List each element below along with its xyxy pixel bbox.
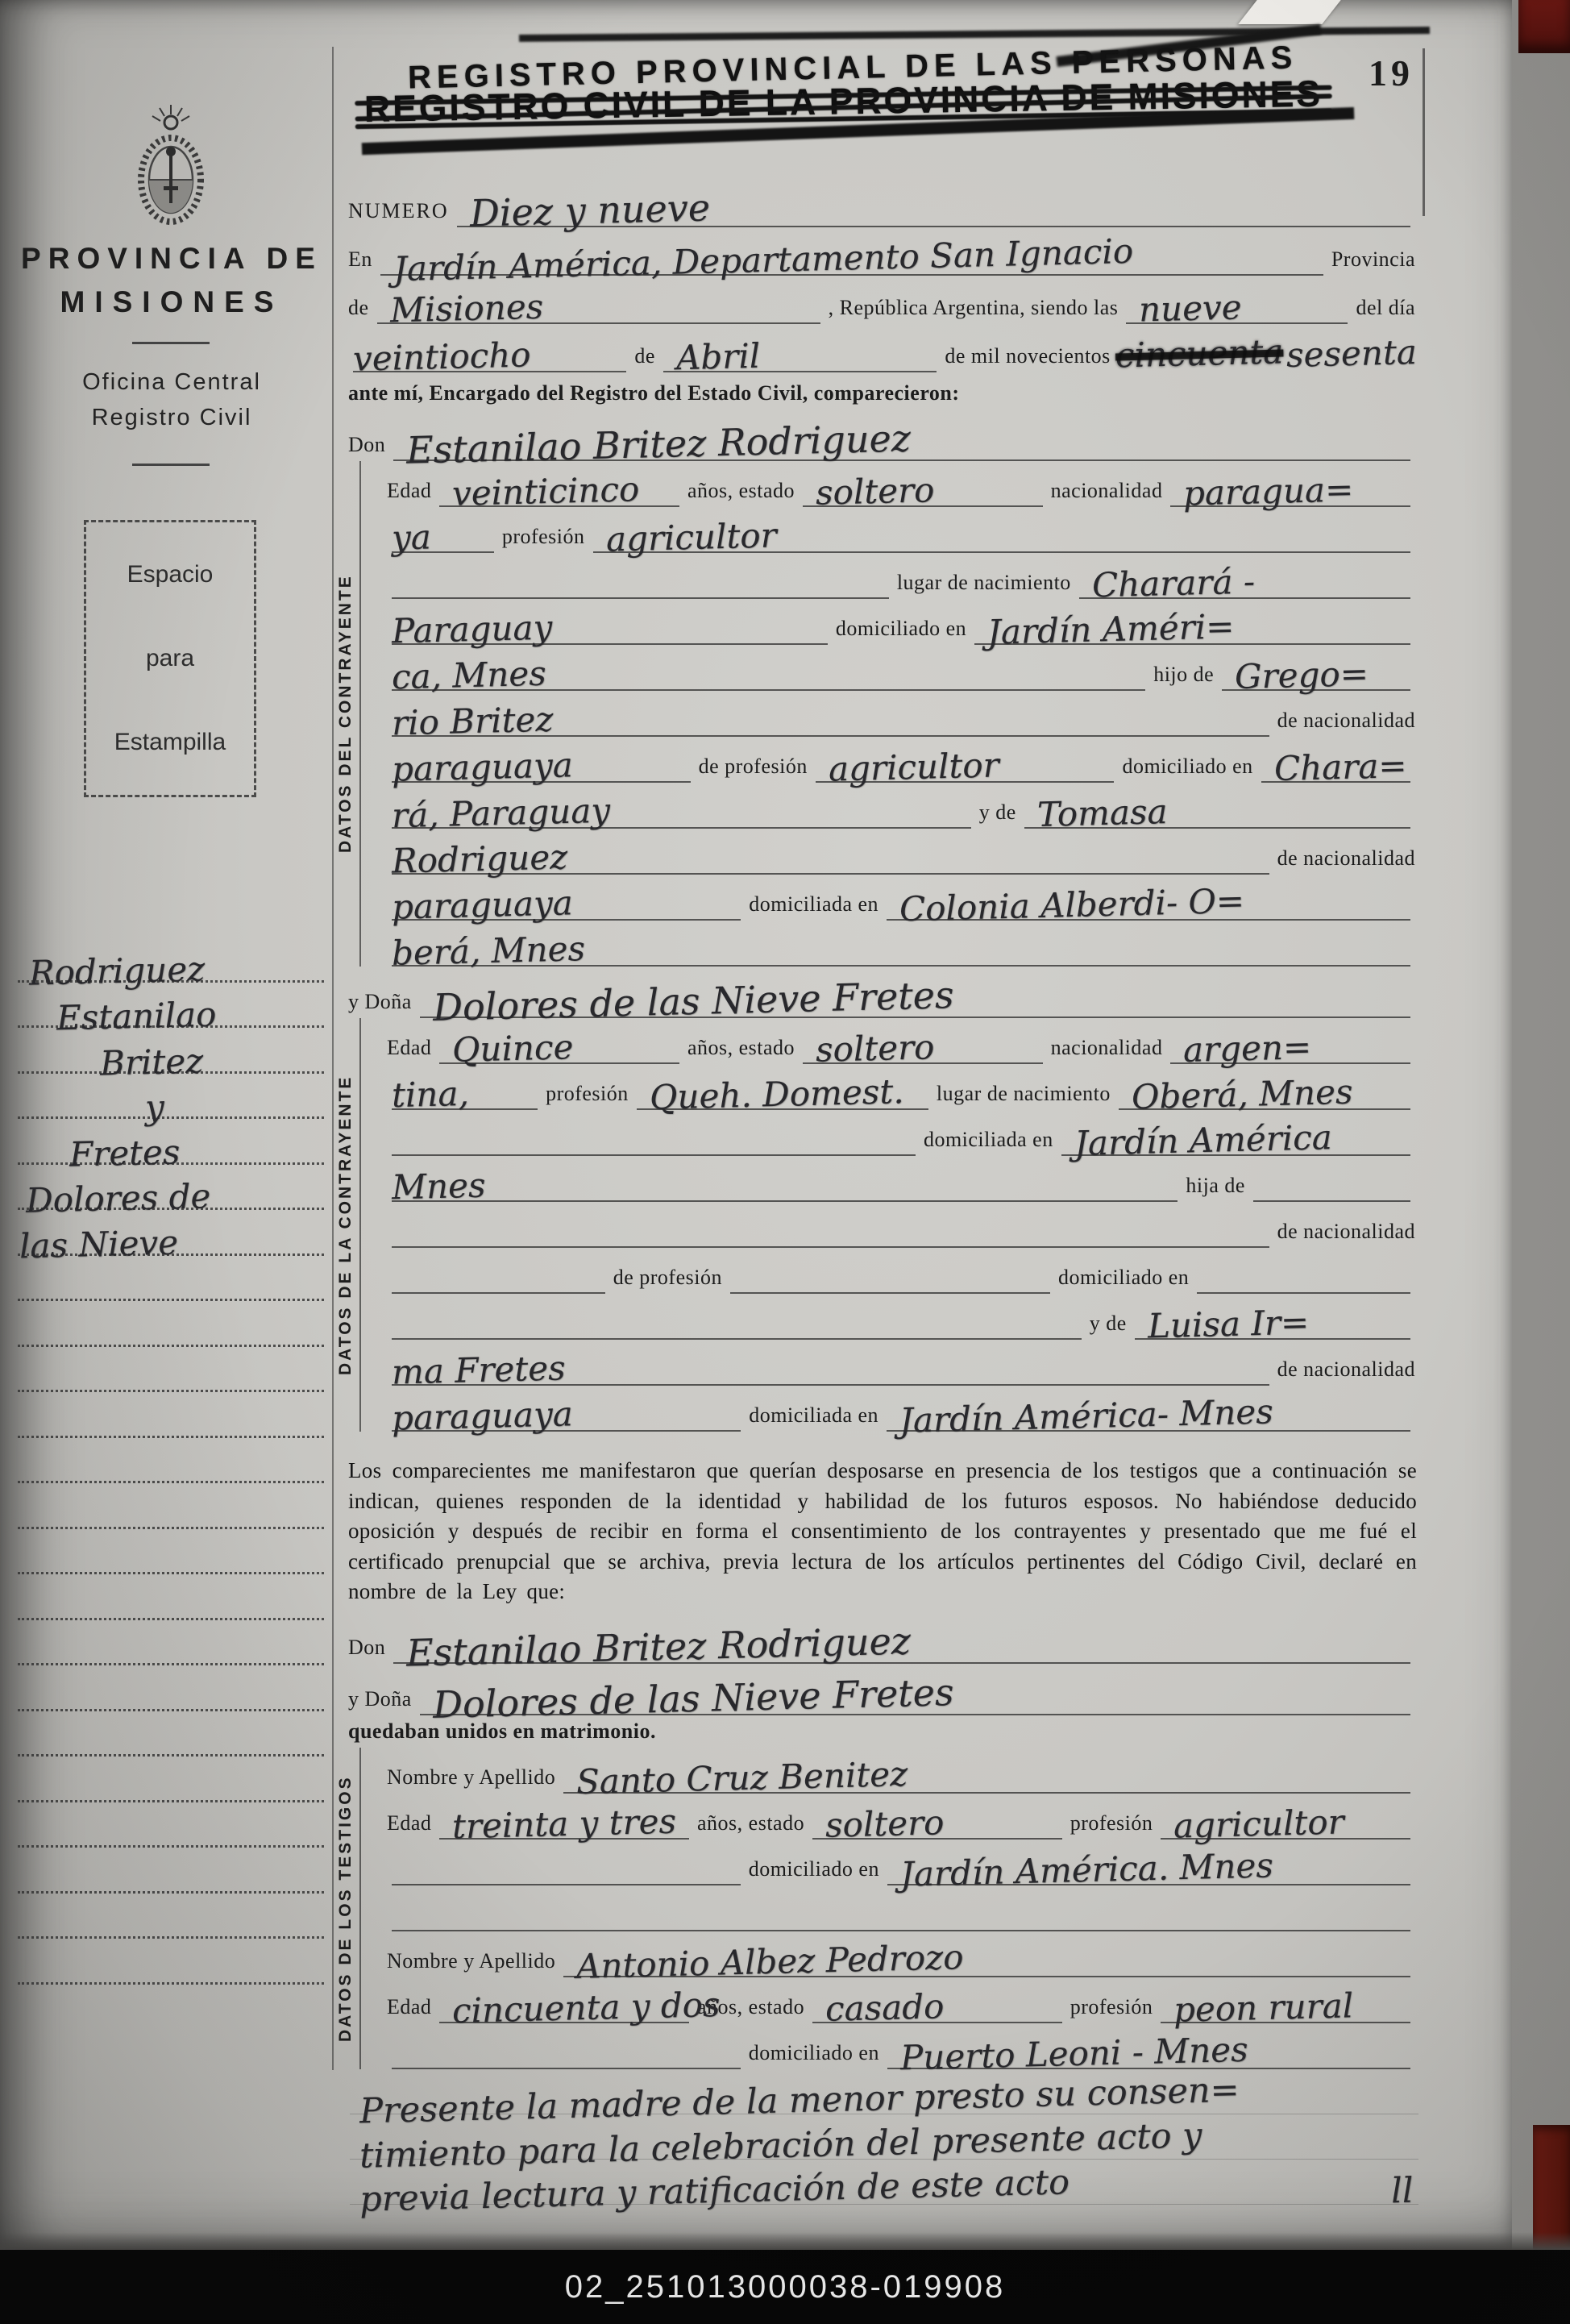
field-label: Nombre y Apellido — [385, 1949, 557, 1977]
form-row: ca, Mnes hijo de Grego= — [372, 645, 1427, 691]
margin-ruled-line — [18, 1711, 324, 1757]
field-rule: paragua= — [1170, 497, 1410, 507]
birthplace-entry: Charará - — [1091, 565, 1255, 603]
profession-entry: agricultor — [605, 518, 777, 556]
field-rule: ya — [392, 543, 494, 553]
margin-ruled-line — [18, 1848, 324, 1894]
office-title: Oficina Central Registro Civil — [11, 364, 332, 435]
field-label: años, estado — [686, 479, 796, 507]
continuation-entry: rá, Paraguay — [392, 794, 611, 834]
note-line: Presente la madre de la menor presto su … — [350, 2069, 1418, 2114]
field-label: ante mí, Encargado del Registro del Esta… — [347, 381, 962, 410]
document-page: PROVINCIA DE MISIONES Oficina Central Re… — [0, 0, 1512, 2251]
groom-section-side-label: DATOS DEL CONTRAYENTE — [334, 466, 358, 962]
field-rule: agricultor — [1161, 1830, 1410, 1840]
birthplace-entry: Oberá, Mnes — [1131, 1075, 1352, 1115]
margin-index-row: Estanilao — [18, 983, 324, 1029]
field-rule: rio Britez — [392, 727, 1269, 737]
field-rule: Tomasa — [1024, 819, 1410, 829]
form-row: berá, Mnes — [372, 921, 1427, 967]
continuation-entry: tina, — [392, 1077, 470, 1112]
mother-nationality-entry: paraguaya — [392, 1397, 574, 1435]
closing-row: quedaban unidos en matrimonio. — [334, 1715, 1427, 1748]
field-rule — [392, 1238, 1269, 1248]
continuation-entry: ma Fretes — [392, 1351, 567, 1389]
field-rule: Luisa Ir= — [1135, 1330, 1410, 1340]
coat-of-arms-icon — [126, 103, 216, 239]
margin-ruled-line — [18, 1529, 324, 1575]
field-label: profesión — [1069, 1811, 1155, 1840]
field-rule: Diez y nueve — [457, 218, 1410, 227]
field-label: nacionalidad — [1049, 1036, 1165, 1064]
red-tab-top — [1518, 0, 1570, 53]
struck-year-entry: cincuenta — [1115, 335, 1283, 372]
field-rule: soltero — [812, 1830, 1062, 1840]
form-row: lugar de nacimiento Charará - — [372, 553, 1427, 599]
field-label: domiciliado en — [747, 2041, 881, 2069]
form-row: ya profesión agricultor — [372, 507, 1427, 553]
field-label: y de — [978, 800, 1018, 829]
field-label: y Doña — [347, 990, 413, 1018]
field-label: de nacionalidad — [1276, 1357, 1417, 1386]
profession-entry: Queh. Domest. — [649, 1075, 903, 1115]
witnesses-section: DATOS DE LOS TESTIGOS Nombre y Apellido … — [359, 1748, 1427, 2069]
field-rule: Jardín Améri= — [974, 635, 1410, 645]
province-title-line1: PROVINCIA DE — [11, 242, 332, 276]
field-rule: Dolores de las Nieve Fretes — [420, 1008, 1410, 1018]
mother-entry: Luisa Ir= — [1147, 1306, 1309, 1344]
bride-section: DATOS DE LA CONTRAYENTE Edad Quince años… — [359, 1018, 1427, 1432]
form-row: de profesión domiciliado en — [372, 1248, 1427, 1294]
form-row: Rodriguez de nacionalidad — [372, 829, 1427, 875]
field-label: hijo de — [1152, 663, 1215, 691]
field-rule: paraguaya — [392, 773, 691, 783]
field-rule: Grego= — [1222, 681, 1410, 691]
field-label: hija de — [1184, 1174, 1247, 1202]
field-rule: argen= — [1170, 1054, 1410, 1064]
margin-ruled-line — [18, 1301, 324, 1347]
field-label: Provincia — [1330, 247, 1417, 276]
status-entry: soltero — [816, 473, 935, 510]
margin-ruled-line — [18, 1939, 324, 1985]
registry-form: REGISTRO PROVINCIAL DE LAS PERSONAS REGI… — [334, 29, 1427, 2205]
groom-section: DATOS DEL CONTRAYENTE Edad veinticinco a… — [359, 461, 1427, 967]
profession-entry: peon rural — [1173, 1989, 1354, 2027]
handwritten-entry: previa lectura y ratificación de este ac… — [359, 2165, 1070, 2218]
age-entry: cincuenta y dos — [452, 1987, 721, 2027]
sidebar-divider — [132, 464, 210, 466]
province-entry: Misiones — [389, 290, 543, 328]
field-rule: Quince — [439, 1054, 679, 1064]
field-rule: cincuenta y dos — [439, 2014, 689, 2023]
field-rule: Puerto Leoni - Mnes — [887, 2060, 1410, 2069]
office-line2: Registro Civil — [11, 400, 332, 435]
margin-ruled-line — [18, 1757, 324, 1802]
stamp-box-line3: Estampilla — [93, 729, 247, 756]
sidebar: PROVINCIA DE MISIONES Oficina Central Re… — [11, 0, 332, 2249]
field-rule — [1197, 1284, 1410, 1294]
form-row: Edad cincuenta y dos años, estado casado… — [372, 1977, 1427, 2023]
field-rule: soltero — [803, 497, 1043, 507]
field-label: , República Argentina, siendo las — [827, 296, 1120, 324]
form-row — [372, 1885, 1427, 1931]
profession-entry: agricultor — [1173, 1805, 1345, 1843]
field-rule: Mnes — [392, 1192, 1177, 1202]
form-row: Edad veinticinco años, estado soltero na… — [372, 461, 1427, 507]
field-label: lugar de nacimiento — [895, 571, 1073, 599]
status-entry: soltero — [816, 1030, 935, 1067]
closing-statement: quedaban unidos en matrimonio. — [347, 1719, 658, 1748]
margin-ruled-line — [18, 1483, 324, 1529]
note-line: timiento para la celebración del present… — [350, 2114, 1418, 2160]
stamp-box-line2: para — [93, 645, 247, 672]
witnesses-section-side-label: DATOS DE LOS TESTIGOS — [334, 1752, 358, 2064]
field-rule: Dolores de las Nieve Fretes — [420, 1706, 1410, 1715]
province-title: PROVINCIA DE MISIONES — [11, 242, 332, 319]
field-rule — [392, 2060, 741, 2069]
field-rule: veintiocho — [353, 363, 626, 372]
field-label: de nacionalidad — [1276, 709, 1417, 737]
field-rule: ca, Mnes — [392, 681, 1145, 691]
field-label: lugar de nacimiento — [935, 1082, 1112, 1110]
form-row: Mnes hija de — [372, 1156, 1427, 1202]
form-row: de nacionalidad — [372, 1202, 1427, 1248]
form-row: ma Fretes de nacionalidad — [372, 1340, 1427, 1386]
father-nationality-entry: paraguaya — [392, 748, 574, 786]
residence-entry: Jardín América — [1074, 1120, 1332, 1161]
field-label: de mil novecientos — [943, 344, 1111, 372]
continuation-entry: Mnes — [392, 1169, 486, 1205]
field-rule — [1253, 1192, 1410, 1202]
field-rule: nueve — [1126, 314, 1348, 324]
groom-name-row: Don Estanilao Britez Rodriguez — [334, 410, 1427, 461]
field-rule — [730, 1284, 1050, 1294]
father-profession-entry: agricultor — [828, 748, 999, 786]
form-row: paraguaya domiciliada en Colonia Alberdi… — [372, 875, 1427, 921]
field-label: En — [347, 247, 374, 276]
field-label: profesión — [1069, 1995, 1155, 2023]
form-header: REGISTRO PROVINCIAL DE LAS PERSONAS REGI… — [334, 29, 1427, 176]
field-label: domiciliada en — [747, 892, 880, 921]
consent-note: Presente la madre de la menor presto su … — [334, 2069, 1427, 2205]
field-rule: rá, Paraguay — [392, 819, 971, 829]
mother-residence-entry: Jardín América- Mnes — [899, 1395, 1274, 1437]
mother-nationality-entry: paraguaya — [392, 886, 574, 924]
form-row: veintiocho de Abril de mil novecientos c… — [334, 324, 1427, 372]
field-label: domiciliado en — [834, 617, 968, 645]
field-rule: soltero — [803, 1054, 1043, 1064]
field-label: años, estado — [696, 1811, 806, 1840]
field-label: domiciliado en — [1120, 755, 1254, 783]
field-rule — [392, 1330, 1082, 1340]
form-row: rá, Paraguay y de Tomasa — [372, 783, 1427, 829]
bride-name-row: y Doña Dolores de las Nieve Fretes — [334, 967, 1427, 1018]
field-rule — [392, 1284, 605, 1294]
status-entry: soltero — [825, 1806, 945, 1843]
margin-ruled-line — [18, 1438, 324, 1484]
mother-entry: Tomasa — [1036, 795, 1167, 832]
field-rule — [392, 1876, 741, 1885]
field-rule: Jardín América, Departamento San Ignacio — [380, 266, 1323, 276]
field-rule: agricultor — [593, 543, 1410, 553]
margin-ruled-line — [18, 1665, 324, 1711]
field-label: del día — [1354, 296, 1417, 324]
field-label: y de — [1088, 1312, 1128, 1340]
province-title-line2: MISIONES — [11, 285, 332, 319]
field-rule: Paraguay — [392, 635, 828, 645]
residence-entry: Jardín Améri= — [987, 609, 1235, 649]
field-label: de — [633, 344, 657, 372]
sidebar-divider — [132, 342, 210, 344]
field-rule: Jardín América- Mnes — [887, 1422, 1410, 1432]
margin-ruled-line — [18, 1256, 324, 1302]
form-row: tina, profesión Queh. Domest. lugar de n… — [372, 1064, 1427, 1110]
field-label: años, estado — [686, 1036, 796, 1064]
form-row: domiciliado en Jardín América. Mnes — [372, 1840, 1427, 1885]
field-label: Edad — [385, 479, 433, 507]
field-rule — [392, 589, 889, 599]
form-row: Paraguay domiciliado en Jardín Améri= — [372, 599, 1427, 645]
field-rule: Estanilao Britez Rodriguez — [393, 451, 1410, 461]
field-rule: treinta y tres — [439, 1830, 689, 1840]
margin-index-row: y — [18, 1074, 324, 1120]
field-label: Edad — [385, 1811, 433, 1840]
field-rule — [392, 1146, 916, 1156]
stamp-box-line1: Espacio — [93, 561, 247, 588]
field-rule: ma Fretes — [392, 1376, 1269, 1386]
footer-bar: 02_251013000038-019908 — [0, 2250, 1570, 2324]
margin-ruled-line — [18, 1894, 324, 1939]
margin-index-row: Britez — [18, 1028, 324, 1074]
field-rule: Estanilao Britez Rodriguez — [393, 1654, 1410, 1664]
margin-index-row: Dolores de — [18, 1165, 324, 1211]
numero-row: NUMERO Diez y nueve — [334, 176, 1427, 227]
form-row: Edad treinta y tres años, estado soltero… — [372, 1794, 1427, 1840]
field-rule: agricultor — [816, 773, 1115, 783]
margin-ruled-line — [18, 1620, 324, 1666]
nationality-entry: paragua= — [1183, 472, 1354, 510]
margin-index-row: Fretes — [18, 1119, 324, 1165]
vow-groom-row: Don Estanilao Britez Rodriguez — [334, 1612, 1427, 1664]
field-rule: Rodriguez — [392, 865, 1269, 875]
form-row: rio Britez de nacionalidad — [372, 691, 1427, 737]
continuation-entry: Paraguay — [392, 611, 553, 649]
margin-index: Rodriguez Estanilao Britez y Fretes Dolo… — [18, 937, 324, 1985]
field-label: profesión — [500, 525, 587, 553]
day-entry: veintiocho — [353, 338, 531, 376]
field-rule: tina, — [392, 1100, 538, 1110]
page-number: 19 — [1369, 52, 1414, 94]
handwritten-mark: ll — [1391, 2173, 1414, 2209]
form-row: ante mí, Encargado del Registro del Esta… — [334, 372, 1427, 410]
year-entry: sesenta — [1286, 335, 1418, 372]
field-label: domiciliada en — [922, 1128, 1055, 1156]
father-entry: Grego= — [1235, 657, 1369, 694]
field-label: domiciliado en — [1057, 1266, 1190, 1294]
bride-section-side-label: DATOS DE LA CONTRAYENTE — [334, 1023, 358, 1427]
hour-entry: nueve — [1139, 290, 1243, 326]
field-rule: casado — [812, 2014, 1062, 2023]
field-rule: Antonio Albez Pedrozo — [563, 1968, 1410, 1977]
field-label: Nombre y Apellido — [385, 1765, 557, 1794]
form-row: paraguaya de profesión agricultor domici… — [372, 737, 1427, 783]
form-row: y de Luisa Ir= — [372, 1294, 1427, 1340]
month-entry: Abril — [675, 339, 760, 376]
field-rule: Charará - — [1079, 589, 1410, 599]
continuation-entry: berá, Mnes — [392, 932, 586, 971]
field-label: domiciliado en — [747, 1857, 881, 1885]
age-entry: veinticinco — [452, 472, 640, 511]
continuation-entry: rio Britez — [392, 703, 554, 741]
field-rule: paraguaya — [392, 1422, 741, 1432]
field-rule: Oberá, Mnes — [1119, 1100, 1410, 1110]
field-label: profesión — [544, 1082, 630, 1110]
declaration-paragraph: Los comparecientes me manifestaron que q… — [348, 1456, 1417, 1607]
field-rule: Chara= — [1261, 773, 1410, 783]
field-rule: veinticinco — [439, 497, 679, 507]
form-row: Nombre y Apellido Santo Cruz Benitez — [372, 1748, 1427, 1794]
form-row: domiciliada en Jardín América — [372, 1110, 1427, 1156]
continuation-entry: ca, Mnes — [392, 657, 547, 695]
form-row: de Misiones , República Argentina, siend… — [334, 276, 1427, 324]
field-rule: paraguaya — [392, 911, 741, 921]
stamp-space-box: Espacio para Estampilla — [84, 520, 256, 797]
status-entry: casado — [825, 1989, 945, 2027]
vow-bride-row: y Doña Dolores de las Nieve Fretes — [334, 1664, 1427, 1715]
age-entry: Quince — [452, 1030, 574, 1067]
field-label: Don — [347, 433, 387, 461]
field-label: Edad — [385, 1995, 433, 2023]
page-bottom-shadow — [0, 2232, 1570, 2250]
office-line1: Oficina Central — [11, 364, 332, 400]
field-label: de profesión — [697, 755, 809, 783]
field-label: Edad — [385, 1036, 433, 1064]
field-label: y Doña — [347, 1687, 413, 1715]
field-rule: Colonia Alberdi- O= — [887, 911, 1410, 921]
nationality-entry: argen= — [1183, 1030, 1312, 1067]
field-rule — [392, 1922, 1410, 1931]
age-entry: treinta y tres — [452, 1804, 677, 1844]
continuation-entry: Rodriguez — [392, 840, 568, 878]
form-row: Edad Quince años, estado soltero naciona… — [372, 1018, 1427, 1064]
margin-ruled-line — [18, 1392, 324, 1438]
field-label: Don — [347, 1636, 387, 1664]
field-rule: berá, Mnes — [392, 957, 1410, 967]
field-label: NUMERO — [347, 199, 451, 227]
field-rule: Abril — [663, 363, 937, 372]
field-label: nacionalidad — [1049, 479, 1165, 507]
margin-ruled-line — [18, 1347, 324, 1393]
margin-index-row: Rodriguez — [18, 937, 324, 983]
form-row: domiciliado en Puerto Leoni - Mnes — [372, 2023, 1427, 2069]
field-label: domiciliada en — [747, 1403, 880, 1432]
continuation-entry: ya — [391, 520, 431, 555]
form-row: Nombre y Apellido Antonio Albez Pedrozo — [372, 1931, 1427, 1977]
record-number-entry: Diez y nueve — [469, 189, 710, 231]
father-residence-entry: Chara= — [1273, 749, 1407, 786]
field-rule: Queh. Domest. — [637, 1100, 928, 1110]
field-rule: Santo Cruz Benitez — [563, 1784, 1410, 1794]
field-label: de nacionalidad — [1276, 846, 1417, 875]
margin-ruled-line — [18, 1574, 324, 1620]
scan-code: 02_251013000038-019908 — [565, 2269, 1006, 2305]
field-rule: Misiones — [377, 314, 820, 324]
margin-ruled-line — [18, 1802, 324, 1848]
form-row: paraguaya domiciliada en Jardín América-… — [372, 1386, 1427, 1432]
field-rule: Jardín América — [1061, 1146, 1410, 1156]
form-row: En Jardín América, Departamento San Igna… — [334, 227, 1427, 276]
field-rule: Jardín América. Mnes — [887, 1876, 1410, 1885]
margin-index-row: las Nieve — [18, 1210, 324, 1256]
note-line: previa lectura y ratificación de este ac… — [350, 2160, 1418, 2205]
field-label: de profesión — [612, 1266, 724, 1294]
field-label: de — [347, 296, 371, 324]
field-rule: peon rural — [1161, 2014, 1410, 2023]
field-label: de nacionalidad — [1276, 1220, 1417, 1248]
